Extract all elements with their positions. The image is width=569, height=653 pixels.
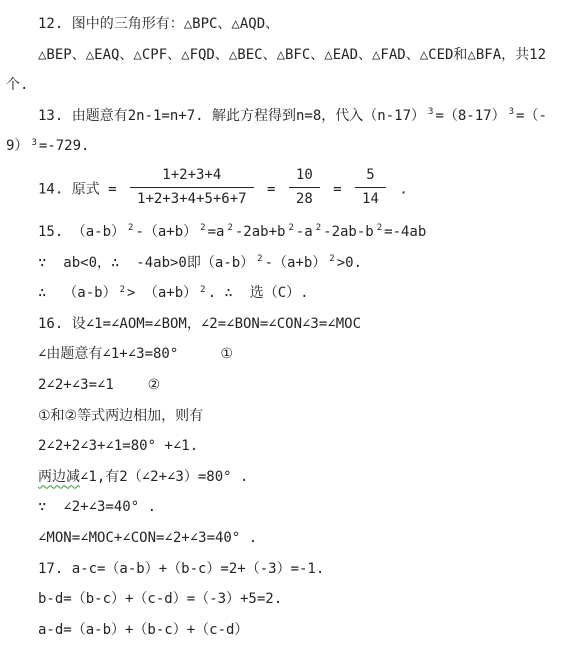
fraction: 514 [355, 167, 386, 208]
document-line: 16. 设∠1=∠AOM=∠BOM，∠2=∠BON=∠CON∠3=∠MOC [6, 309, 567, 340]
document-line: ∠MON=∠MOC+∠CON=∠2+∠3=40° . [6, 523, 567, 554]
document-body: 12. 图中的三角形有：△BPC、△AQD、△BEP、△EAQ、△CPF、△FQ… [6, 9, 567, 645]
document-line: 2∠2+2∠3+∠1=80° +∠1. [6, 431, 567, 462]
document-line: ∵ ab<0，∴ -4ab>0即（a-b）2-（a+b）2>0. [6, 248, 567, 279]
superscript-exponent: 2 [257, 254, 262, 264]
superscript-exponent: 2 [200, 285, 205, 295]
grammar-check-underlined-text: 两边减 [38, 469, 80, 485]
superscript-exponent: 2 [227, 223, 232, 233]
document-line: ∠由题意有∠1+∠3=80° ① [6, 339, 567, 370]
superscript-exponent: 2 [377, 223, 382, 233]
document-line: 13. 由题意有2n-1=n+7. 解此方程得到n=8，代入（n-17）3=（8… [6, 101, 567, 132]
document-line: 12. 图中的三角形有：△BPC、△AQD、 [6, 9, 567, 40]
fraction-numerator: 1+2+3+4 [130, 167, 254, 188]
document-line: ∴ （a-b）2> （a+b）2. ∴ 选（C）. [6, 278, 567, 309]
document-line: 两边减∠1,有2（∠2+∠3）=80° . [6, 462, 567, 493]
document-line: 17. a-c=（a-b）+（b-c）=2+（-3）=-1. [6, 554, 567, 585]
superscript-exponent: 3 [31, 138, 36, 148]
fraction-numerator: 5 [355, 167, 386, 188]
document-line: b-d=（b-c）+（c-d）=（-3）+5=2. [6, 584, 567, 615]
document-line: 14. 原式 = 1+2+3+41+2+3+4+5+6+7 = 1028 = 5… [6, 162, 567, 217]
superscript-exponent: 2 [128, 223, 133, 233]
document-line: 个. [6, 70, 567, 101]
document-line: 15. （a-b）2-（a+b）2=a2-2ab+b2-a2-2ab-b2=-4… [6, 217, 567, 248]
superscript-exponent: 2 [329, 254, 334, 264]
superscript-exponent: 2 [200, 223, 205, 233]
document-line: △BEP、△EAQ、△CPF、△FQD、△BEC、△BFC、△EAD、△FAD、… [6, 40, 567, 71]
fraction: 1028 [289, 167, 320, 208]
superscript-exponent: 2 [288, 223, 293, 233]
superscript-exponent: 2 [316, 223, 321, 233]
fraction: 1+2+3+41+2+3+4+5+6+7 [130, 167, 254, 208]
fraction-numerator: 10 [289, 167, 320, 188]
math-answers-document: 12. 图中的三角形有：△BPC、△AQD、△BEP、△EAQ、△CPF、△FQ… [0, 0, 569, 653]
superscript-exponent: 2 [120, 285, 125, 295]
document-line: ∵ ∠2+∠3=40° . [6, 492, 567, 523]
document-line: 9）3=-729. [6, 131, 567, 162]
fraction-denominator: 14 [355, 188, 386, 208]
document-line: a-d=（a-b）+（b-c）+（c-d） [6, 615, 567, 646]
document-line: ①和②等式两边相加，则有 [6, 401, 567, 432]
superscript-exponent: 3 [509, 107, 514, 117]
fraction-denominator: 1+2+3+4+5+6+7 [130, 188, 254, 208]
superscript-exponent: 3 [428, 107, 433, 117]
document-line: 2∠2+∠3=∠1 ② [6, 370, 567, 401]
fraction-denominator: 28 [289, 188, 320, 208]
